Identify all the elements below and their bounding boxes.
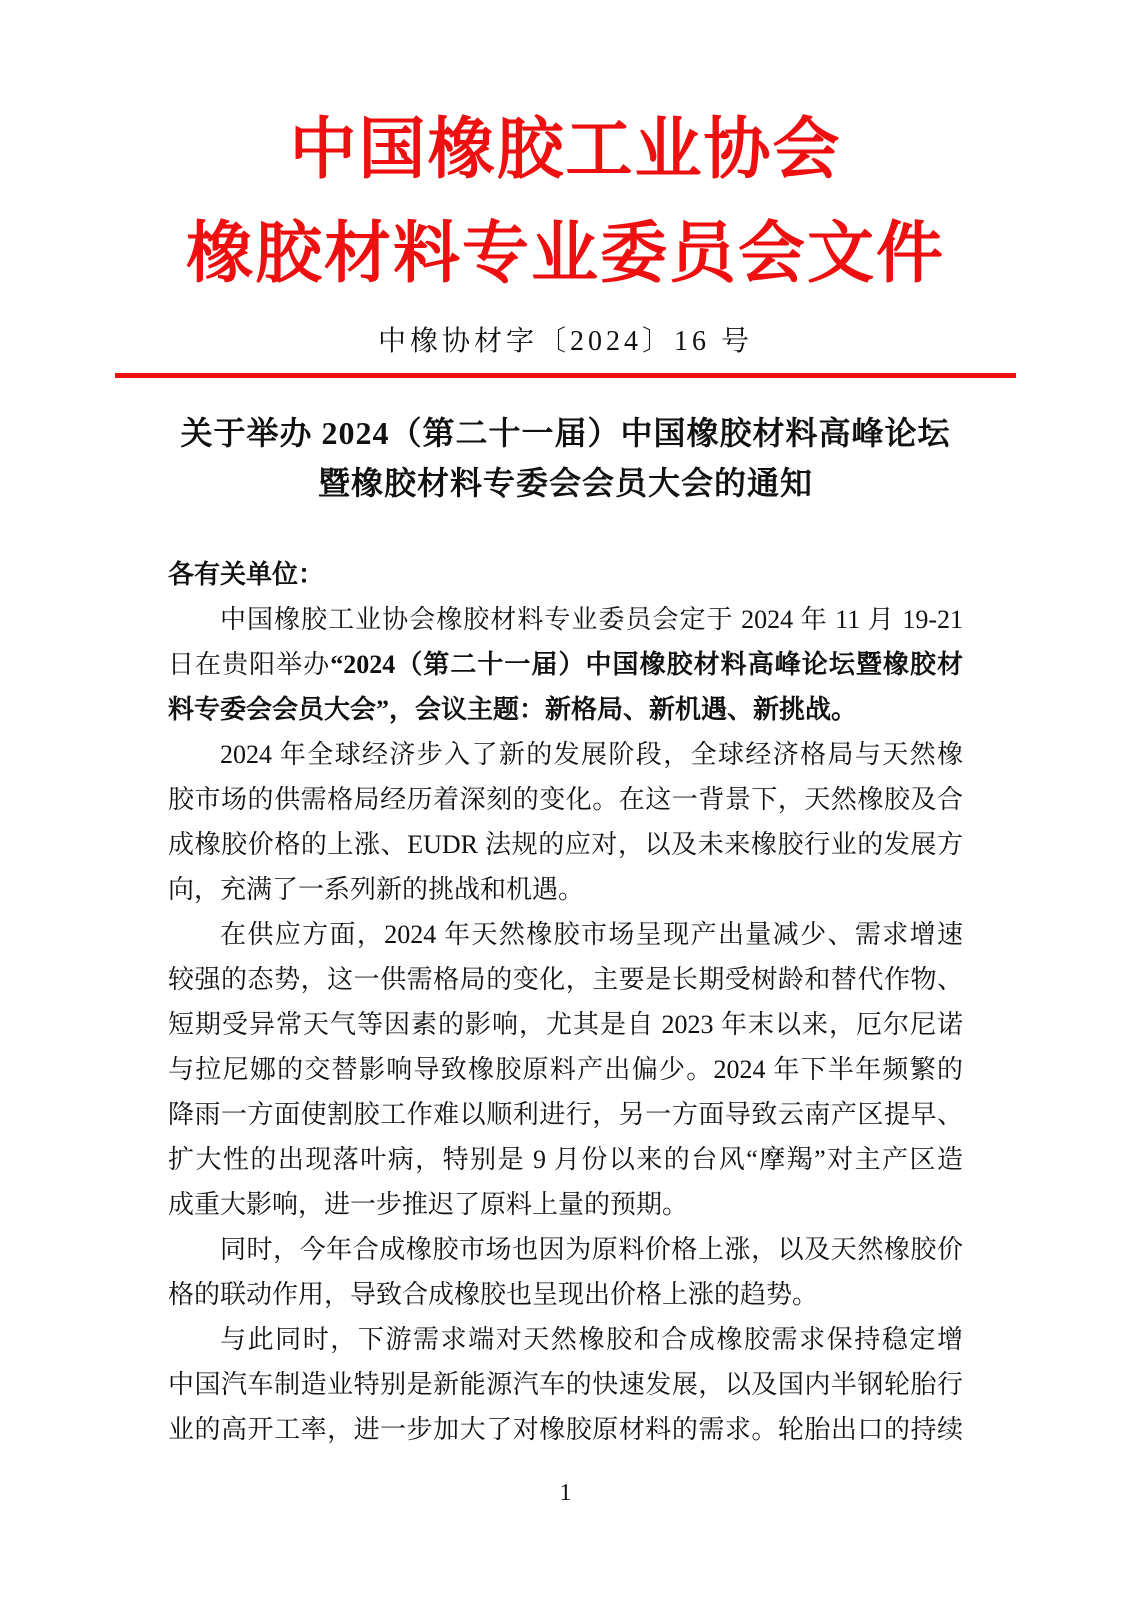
body-text-line: 同时，今年合成橡胶市场也因为原料价格上涨，以及天然橡胶价 — [168, 1227, 963, 1272]
body-text-segment-bold: 各有关单位： — [168, 560, 324, 589]
body-text-segment: 降雨一方面使割胶工作难以顺利进行，另一方面导致云南产区提早、 — [168, 1100, 963, 1129]
body-text-segment: 2024 年全球经济步入了新的发展阶段，全球经济格局与天然橡 — [220, 740, 963, 769]
body-text-line: 与拉尼娜的交替影响导致橡胶原料产出偏少。2024 年下半年频繁的 — [168, 1047, 963, 1092]
body-text-segment: 同时，今年合成橡胶市场也因为原料价格上涨，以及天然橡胶价 — [220, 1235, 963, 1264]
body-text-segment: 业的高开工率，进一步加大了对橡胶原材料的需求。轮胎出口的持续 — [168, 1415, 963, 1444]
body-text-segment-bold: 料专委会会员大会”，会议主题：新格局、新机遇、新挑战。 — [168, 695, 857, 724]
body-text-line: 扩大性的出现落叶病，特别是 9 月份以来的台风“摩羯”对主产区造 — [168, 1137, 963, 1182]
body-text-line: 降雨一方面使割胶工作难以顺利进行，另一方面导致云南产区提早、 — [168, 1092, 963, 1137]
body-text-line: 料专委会会员大会”，会议主题：新格局、新机遇、新挑战。 — [168, 687, 963, 732]
body-text-line: 中国汽车制造业特别是新能源汽车的快速发展，以及国内半钢轮胎行 — [168, 1362, 963, 1407]
body-text-segment: 与此同时，下游需求端对天然橡胶和合成橡胶需求保持稳定增长。 — [168, 1325, 963, 1362]
body-text-segment: 与拉尼娜的交替影响导致橡胶原料产出偏少。2024 年下半年频繁的 — [168, 1055, 963, 1084]
body-text: 各有关单位：中国橡胶工业协会橡胶材料专业委员会定于 2024 年 11 月 19… — [168, 552, 963, 1452]
body-text-line: 日在贵阳举办“2024（第二十一届）中国橡胶材料高峰论坛暨橡胶材 — [168, 642, 963, 687]
body-text-line: 格的联动作用，导致合成橡胶也呈现出价格上涨的趋势。 — [168, 1272, 963, 1317]
body-text-segment: 胶市场的供需格局经历着深刻的变化。在这一背景下，天然橡胶及合 — [168, 785, 963, 814]
body-text-line: 在供应方面，2024 年天然橡胶市场呈现产出量减少、需求增速 — [168, 912, 963, 957]
body-text-line: 中国橡胶工业协会橡胶材料专业委员会定于 2024 年 11 月 19-21 — [168, 597, 963, 642]
body-text-segment: 成橡胶价格的上涨、EUDR 法规的应对，以及未来橡胶行业的发展方 — [168, 830, 963, 859]
document-page: 中国橡胶工业协会 橡胶材料专业委员会文件 中橡协材字〔2024〕16 号 关于举… — [0, 0, 1131, 1600]
body-text-line: 较强的态势，这一供需格局的变化，主要是长期受树龄和替代作物、 — [168, 957, 963, 1002]
letterhead: 中国橡胶工业协会 橡胶材料专业委员会文件 — [168, 98, 963, 306]
org-title-line-1: 中国橡胶工业协会 — [168, 98, 963, 202]
body-text-line: 2024 年全球经济步入了新的发展阶段，全球经济格局与天然橡 — [168, 732, 963, 777]
red-divider-line — [115, 373, 1016, 378]
org-title-line-2: 橡胶材料专业委员会文件 — [168, 202, 963, 306]
body-text-line: 与此同时，下游需求端对天然橡胶和合成橡胶需求保持稳定增长。 — [168, 1317, 963, 1362]
body-text-segment: 中国橡胶工业协会橡胶材料专业委员会定于 2024 年 11 月 19-21 — [220, 605, 963, 634]
body-text-line: 各有关单位： — [168, 552, 963, 597]
body-text-segment: 短期受异常天气等因素的影响，尤其是自 2023 年末以来，厄尔尼诺 — [168, 1010, 963, 1039]
body-text-segment: 在供应方面，2024 年天然橡胶市场呈现产出量减少、需求增速 — [220, 920, 963, 949]
body-text-line: 短期受异常天气等因素的影响，尤其是自 2023 年末以来，厄尔尼诺 — [168, 1002, 963, 1047]
body-text-line: 成橡胶价格的上涨、EUDR 法规的应对，以及未来橡胶行业的发展方 — [168, 822, 963, 867]
body-text-segment: 格的联动作用，导致合成橡胶也呈现出价格上涨的趋势。 — [168, 1280, 818, 1309]
body-text-segment: 成重大影响，进一步推迟了原料上量的预期。 — [168, 1190, 688, 1219]
doc-number: 中橡协材字〔2024〕16 号 — [168, 324, 963, 360]
body-text-segment: 日在贵阳举办 — [168, 650, 330, 679]
subject-title-line-2: 暨橡胶材料专委会会员大会的通知 — [168, 458, 963, 508]
body-text-line: 向，充满了一系列新的挑战和机遇。 — [168, 867, 963, 912]
body-text-segment: 扩大性的出现落叶病，特别是 9 月份以来的台风“摩羯”对主产区造 — [168, 1145, 963, 1174]
body-text-line: 胶市场的供需格局经历着深刻的变化。在这一背景下，天然橡胶及合 — [168, 777, 963, 822]
subject-title-line-1: 关于举办 2024（第二十一届）中国橡胶材料高峰论坛 — [168, 408, 963, 458]
body-text-line: 业的高开工率，进一步加大了对橡胶原材料的需求。轮胎出口的持续 — [168, 1407, 963, 1452]
body-text-segment: 较强的态势，这一供需格局的变化，主要是长期受树龄和替代作物、 — [168, 965, 963, 994]
body-text-line: 成重大影响，进一步推迟了原料上量的预期。 — [168, 1182, 963, 1227]
subject-title: 关于举办 2024（第二十一届）中国橡胶材料高峰论坛 暨橡胶材料专委会会员大会的… — [168, 408, 963, 508]
page-number: 1 — [168, 1478, 963, 1508]
body-text-segment: 中国汽车制造业特别是新能源汽车的快速发展，以及国内半钢轮胎行 — [168, 1370, 963, 1399]
body-text-segment: 向，充满了一系列新的挑战和机遇。 — [168, 875, 584, 904]
body-text-segment-bold: “2024（第二十一届）中国橡胶材料高峰论坛暨橡胶材 — [330, 650, 963, 679]
